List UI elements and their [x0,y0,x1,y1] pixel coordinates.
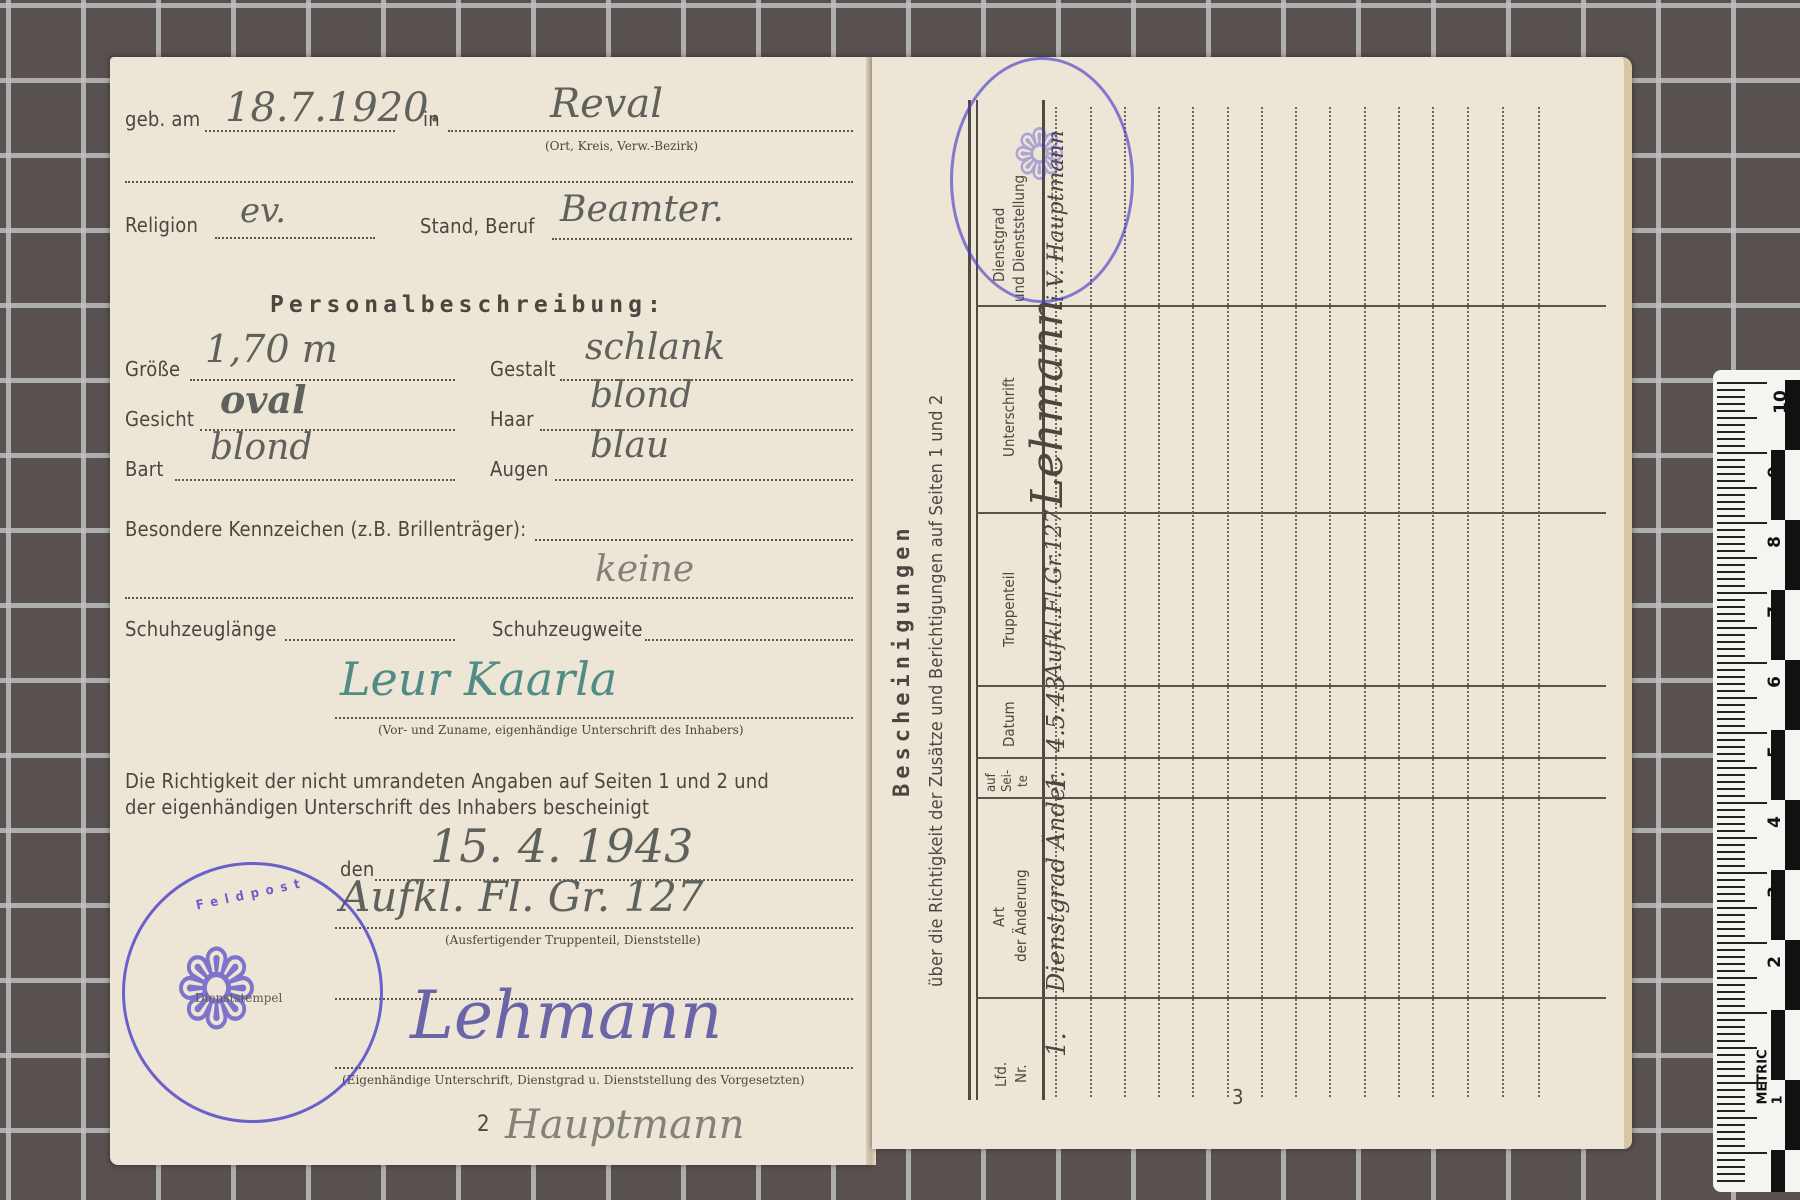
ruler-tick [1717,1145,1745,1147]
ruler-tick [1717,1159,1745,1161]
ruler-tick [1717,858,1745,860]
birth-place-hint: (Ort, Kreis, Verw.-Bezirk) [545,139,698,153]
eagle-emblem-icon: ❁ [1013,120,1066,190]
ruler-tick [1717,984,1745,986]
date-value: 15. 4. 1943 [430,819,693,873]
ruler-tick [1717,424,1745,426]
ruler-block [1771,590,1785,660]
col-header-datum: Datum [1000,701,1018,747]
ruler-tick [1717,522,1767,524]
row-line [1502,107,1504,1097]
ruler-tick [1717,788,1745,790]
ruler-tick [1717,1110,1745,1112]
row-line [1467,107,1469,1097]
ruler-tick [1717,935,1745,937]
ruler-tick [1717,949,1745,951]
dotted-line [215,237,375,239]
dotted-line [125,181,853,183]
ruler-tick [1717,606,1745,608]
ruler-block [1771,450,1785,520]
ruler-block [1785,800,1800,870]
ruler-tick [1717,1075,1745,1077]
ruler-tick [1717,956,1745,958]
certification-text-line2: der eigenhändigen Unterschrift des Inhab… [125,795,649,819]
ruler-number: 4 [1765,816,1785,828]
row1-lfd-nr: 1. [1042,1032,1072,1057]
ruler-tick [1717,697,1757,699]
right-page: Bescheinigungen über die Richtigkeit der… [872,57,1632,1149]
build-label: Gestalt [490,357,556,381]
ruler-block [1771,870,1785,940]
holder-signature: Leur Kaarla [340,652,617,706]
ruler-tick [1717,991,1745,993]
ruler-tick [1717,1096,1745,1098]
ruler-tick [1717,963,1745,965]
ruler-number: 8 [1765,536,1785,548]
ruler-number: 6 [1765,676,1785,688]
ruler-tick [1717,501,1745,503]
shoe-width-field [645,639,853,641]
unit-value: Aufkl. Fl. Gr. 127 [340,872,704,921]
height-label: Größe [125,357,180,381]
beard-label: Bart [125,457,164,481]
ruler-tick [1717,851,1745,853]
ruler-tick [1717,445,1745,447]
dotted-line [552,238,852,240]
ruler-tick [1717,641,1745,643]
ruler-tick [1717,1180,1745,1182]
occupation-value: Beamter. [560,189,724,230]
ruler-tick [1717,508,1745,510]
ruler-tick [1717,620,1745,622]
ruler-tick [1717,725,1745,727]
ruler-tick [1717,907,1757,909]
ruler-tick [1717,627,1757,629]
row-line [1192,107,1194,1097]
build-value: schlank [585,327,725,368]
ruler-tick [1717,1173,1745,1175]
ruler-tick [1717,1124,1745,1126]
right-page-title: Bescheinigungen [890,523,915,797]
hair-value: blond [590,375,692,416]
birth-date-label: geb. am [125,107,200,131]
row-line [1261,107,1263,1097]
religion-label: Religion [125,213,198,237]
page-number: 2 [477,1112,490,1137]
ruler-tick [1717,550,1745,552]
holder-signature-hint: (Vor- und Zuname, eigenhändige Unterschr… [378,723,744,737]
ruler-tick [1717,816,1745,818]
superior-signature-hint: (Eigenhändige Unterschrift, Dienstgrad u… [342,1073,805,1087]
ruler-tick [1717,1103,1745,1105]
ruler-tick [1717,998,1745,1000]
ruler-tick [1717,746,1745,748]
dotted-line [335,717,853,719]
ruler-tick [1717,459,1745,461]
row-line [1158,107,1160,1097]
ruler-number: 10 [1771,390,1791,414]
ruler-tick [1717,830,1745,832]
col-header-unterschrift: Unterschrift [1000,377,1018,457]
ruler-tick [1717,599,1745,601]
special-marks-value: keine [595,549,694,590]
ruler-tick [1717,690,1745,692]
ruler-tick [1717,921,1745,923]
shoe-length-field [285,639,455,641]
ruler-tick [1717,809,1745,811]
ruler-tick [1717,753,1745,755]
ruler-tick [1717,452,1767,454]
right-page-subtitle: über die Richtigkeit der Zusätze und Ber… [926,394,947,987]
ruler-tick [1717,634,1745,636]
page-number: 3 [1232,1085,1244,1109]
shoe-length-label: Schuhzeuglänge [125,617,277,641]
dotted-line [540,429,853,431]
official-stamp: Feldpost ❁ Dienststempel [122,862,383,1123]
ruler-tick [1717,1152,1767,1154]
ruler-tick [1717,669,1745,671]
ruler-tick [1717,1033,1745,1035]
ruler-tick [1717,865,1745,867]
ruler-tick [1717,718,1745,720]
ruler-tick [1717,970,1745,972]
column-separator [976,512,1606,514]
ruler-tick [1717,760,1745,762]
dotted-line [125,597,853,599]
ruler-tick [1717,557,1757,559]
col-header-truppenteil: Truppenteil [1000,572,1018,647]
ruler-block [1785,520,1800,590]
ruler-tick [1717,977,1757,979]
row-line [1398,107,1400,1097]
eyes-label: Augen [490,457,549,481]
ruler-tick [1717,396,1745,398]
dotted-line [335,927,853,929]
birth-place-label: in [423,107,440,131]
ruler-tick [1717,1117,1757,1119]
ruler-tick [1717,683,1745,685]
ruler-tick [1717,837,1757,839]
ruler-tick [1717,1047,1757,1049]
ruler-tick [1717,1061,1745,1063]
dotted-line [335,1067,853,1069]
ruler-number: 9 [1765,466,1785,478]
stamp-label: Dienststempel [195,991,282,1005]
face-value: oval [220,377,306,422]
ruler-tick [1717,410,1745,412]
row-line [1538,107,1540,1097]
ruler-tick [1717,1138,1745,1140]
ruler-label: METRIC 1 [1756,1046,1786,1105]
official-stamp-right: ❁ [950,57,1134,303]
dotted-line [448,130,853,132]
ruler-tick [1717,655,1745,657]
ruler-tick [1717,879,1745,881]
col-header-art: Art [990,907,1008,927]
ruler-tick [1717,942,1767,944]
special-marks-label: Besondere Kennzeichen (z.B. Brillenträge… [125,517,526,541]
unit-hint: (Ausfertigender Truppenteil, Dienststell… [445,933,701,947]
ruler-tick [1717,403,1745,405]
ruler-number: 5 [1765,746,1785,758]
dotted-line [535,539,853,541]
stamp-rim-text: Feldpost [195,875,308,913]
ruler-tick [1717,1026,1745,1028]
ruler-tick [1717,1019,1745,1021]
ruler-tick [1717,473,1745,475]
eyes-value: blau [590,425,669,466]
dotted-line [175,479,455,481]
ruler-tick [1717,662,1767,664]
ruler-tick [1717,564,1745,566]
ruler-block [1785,1080,1800,1150]
hair-label: Haar [490,407,534,431]
ruler-tick [1717,1166,1745,1168]
col-header-seite-2: Sei- [1000,770,1015,792]
ruler-number: 2 [1765,956,1785,968]
ruler-tick [1717,438,1745,440]
ruler-block [1771,730,1785,800]
ruler-tick [1717,872,1767,874]
ruler-number: 3 [1765,886,1785,898]
ruler-number: 7 [1765,606,1785,618]
ruler-tick [1717,1005,1745,1007]
birth-date-value: 18.7.1920. [225,85,441,131]
ruler-tick [1717,382,1767,384]
ruler-tick [1717,1012,1767,1014]
ruler-tick [1717,494,1745,496]
ruler-tick [1717,767,1757,769]
column-separator [976,757,1606,759]
section-title: Personalbeschreibung: [270,292,666,318]
ruler-tick [1717,704,1745,706]
row-line [1329,107,1331,1097]
col-header-seite-3: te [1016,775,1031,787]
ruler-tick [1717,823,1745,825]
row1-art: Dienstgrad Änder. [1042,771,1070,993]
ruler-tick [1717,1040,1745,1042]
ruler-block [1771,1150,1785,1192]
row-line [1364,107,1366,1097]
ruler-tick [1717,466,1745,468]
ruler-tick [1717,487,1757,489]
ruler-tick [1717,739,1745,741]
ruler-tick [1717,900,1745,902]
col-header-lfd: Lfd. [992,1062,1010,1087]
ruler-tick [1717,389,1745,391]
ruler-tick [1717,1068,1745,1070]
ruler-tick [1717,613,1745,615]
ruler-tick [1717,711,1745,713]
row1-unterschrift: Lehmann [1022,299,1073,507]
row-line [1432,107,1434,1097]
ruler-tick [1717,802,1767,804]
ruler-tick [1717,515,1745,517]
ruler-tick [1717,732,1767,734]
ruler-tick [1717,585,1745,587]
ruler-tick [1717,592,1767,594]
ruler-block [1785,660,1800,730]
row1-truppenteil: Aufkl.Fl.Gr.127 [1042,509,1067,679]
row1-datum: 4.5.43 [1042,676,1070,752]
ruler-tick [1717,1089,1745,1091]
metric-scale-ruler: 10 9 8 7 6 5 4 3 2 METRIC 1 [1713,370,1800,1192]
ruler-tick [1717,781,1745,783]
col-header-seite-1: auf [984,773,999,792]
ruler-tick [1717,578,1745,580]
row1-seite: 1 [1042,775,1072,792]
ruler-tick [1717,676,1745,678]
eagle-emblem-icon: ❁ [175,935,258,1045]
ruler-block [1785,940,1800,1010]
ruler-tick [1717,795,1745,797]
face-label: Gesicht [125,407,194,431]
ruler-tick [1717,543,1745,545]
ruler-tick [1717,431,1745,433]
row-line [1295,107,1297,1097]
ruler-tick [1717,928,1745,930]
row-line [1124,107,1126,1097]
ruler-tick [1717,536,1745,538]
rank-value: Hauptmann [505,1102,744,1148]
ruler-tick [1717,529,1745,531]
ruler-tick [1717,886,1745,888]
ruler-tick [1717,893,1745,895]
column-separator [976,685,1606,687]
superior-signature: Lehmann [410,977,722,1054]
column-separator [976,997,1606,999]
ruler-tick [1717,1131,1745,1133]
shoe-width-label: Schuhzeugweite [492,617,643,641]
religion-value: ev. [240,191,286,231]
dotted-line [555,479,853,481]
ruler-tick [1717,648,1745,650]
beard-value: blond [210,427,312,468]
column-separator [976,797,1606,799]
ruler-tick [1717,480,1745,482]
row-line [1227,107,1229,1097]
ruler-tick [1717,774,1745,776]
certification-text-line1: Die Richtigkeit der nicht umrandeten Ang… [125,769,769,793]
occupation-label: Stand, Beruf [420,214,535,238]
col-header-nr: Nr. [1012,1064,1030,1083]
ruler-tick [1717,844,1745,846]
ruler-tick [1717,417,1757,419]
col-header-art-2: der Änderung [1012,869,1030,962]
left-page: geb. am 18.7.1920. in Reval (Ort, Kreis,… [110,57,872,1165]
birth-place-value: Reval [550,81,663,127]
ruler-tick [1717,1054,1745,1056]
height-value: 1,70 m [205,327,338,371]
ruler-tick [1717,914,1745,916]
ruler-tick [1717,571,1745,573]
